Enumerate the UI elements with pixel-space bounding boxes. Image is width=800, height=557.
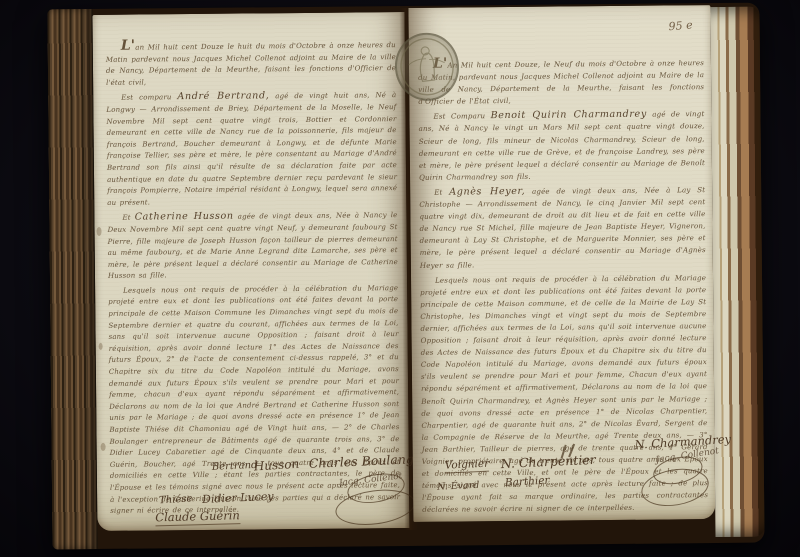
groom-intro: Est comparu (121, 94, 177, 103)
left-act-opening: L'an Mil huit cent Douze le huit du mois… (106, 38, 396, 89)
signature-husson: Husson (253, 457, 299, 474)
fore-edge-pages-right (710, 7, 764, 537)
margin-smudge (101, 443, 106, 451)
right-act-groom-paragraph: Est Comparu Benoit Quirin Charmandrey ag… (418, 109, 705, 184)
signature-thiese: Thiése (159, 493, 193, 506)
margin-smudge (99, 343, 103, 350)
bride-intro: Et (122, 214, 134, 222)
signature-evard: N. Évard (437, 480, 480, 493)
open-register-book: L'an Mil huit cent Douze le huit du mois… (47, 3, 764, 550)
bride-intro: Et (434, 188, 449, 197)
signature-claude-guerin: Claude Guérin (155, 508, 240, 526)
signature-voignier: Voignier (445, 458, 490, 474)
groom-name: André Bertrand, (177, 91, 269, 103)
folio-number: 95 e (668, 18, 693, 33)
margin-smudge (97, 227, 102, 236)
left-act-bride-paragraph: Et Catherine Husson agée de vingt deux a… (107, 209, 398, 282)
groom-name: Benoit Quirin Charmandrey (491, 109, 647, 121)
bride-name: Agnès Heyer, (449, 186, 525, 198)
closed-pages-edge-left (47, 9, 97, 549)
groom-details: agé de vingt huit ans, Né à Longwy — Arr… (106, 91, 397, 206)
left-page: L'an Mil huit cent Douze le huit du mois… (92, 12, 409, 531)
bride-name: Catherine Husson (135, 211, 234, 223)
left-act-text: L'an Mil huit cent Douze le huit du mois… (106, 38, 401, 521)
bride-details: agée de vingt deux ans, Née à Lay St Chr… (419, 185, 706, 269)
left-act-groom-paragraph: Est comparu André Bertrand, agé de vingt… (106, 89, 397, 209)
right-act-bride-paragraph: Et Agnès Heyer, agée de vingt deux ans, … (419, 184, 706, 271)
groom-intro: Est Comparu (433, 112, 490, 122)
signature-flourish-right (408, 5, 710, 8)
signature-flourish-left (92, 12, 404, 15)
signature-bertrand: Bertrand (212, 460, 258, 473)
photograph-background: L'an Mil huit cent Douze le huit du mois… (0, 0, 800, 557)
ordinary-mark (408, 5, 710, 8)
embossed-seal-stamp-icon (391, 29, 462, 104)
seal-figure (391, 29, 462, 104)
